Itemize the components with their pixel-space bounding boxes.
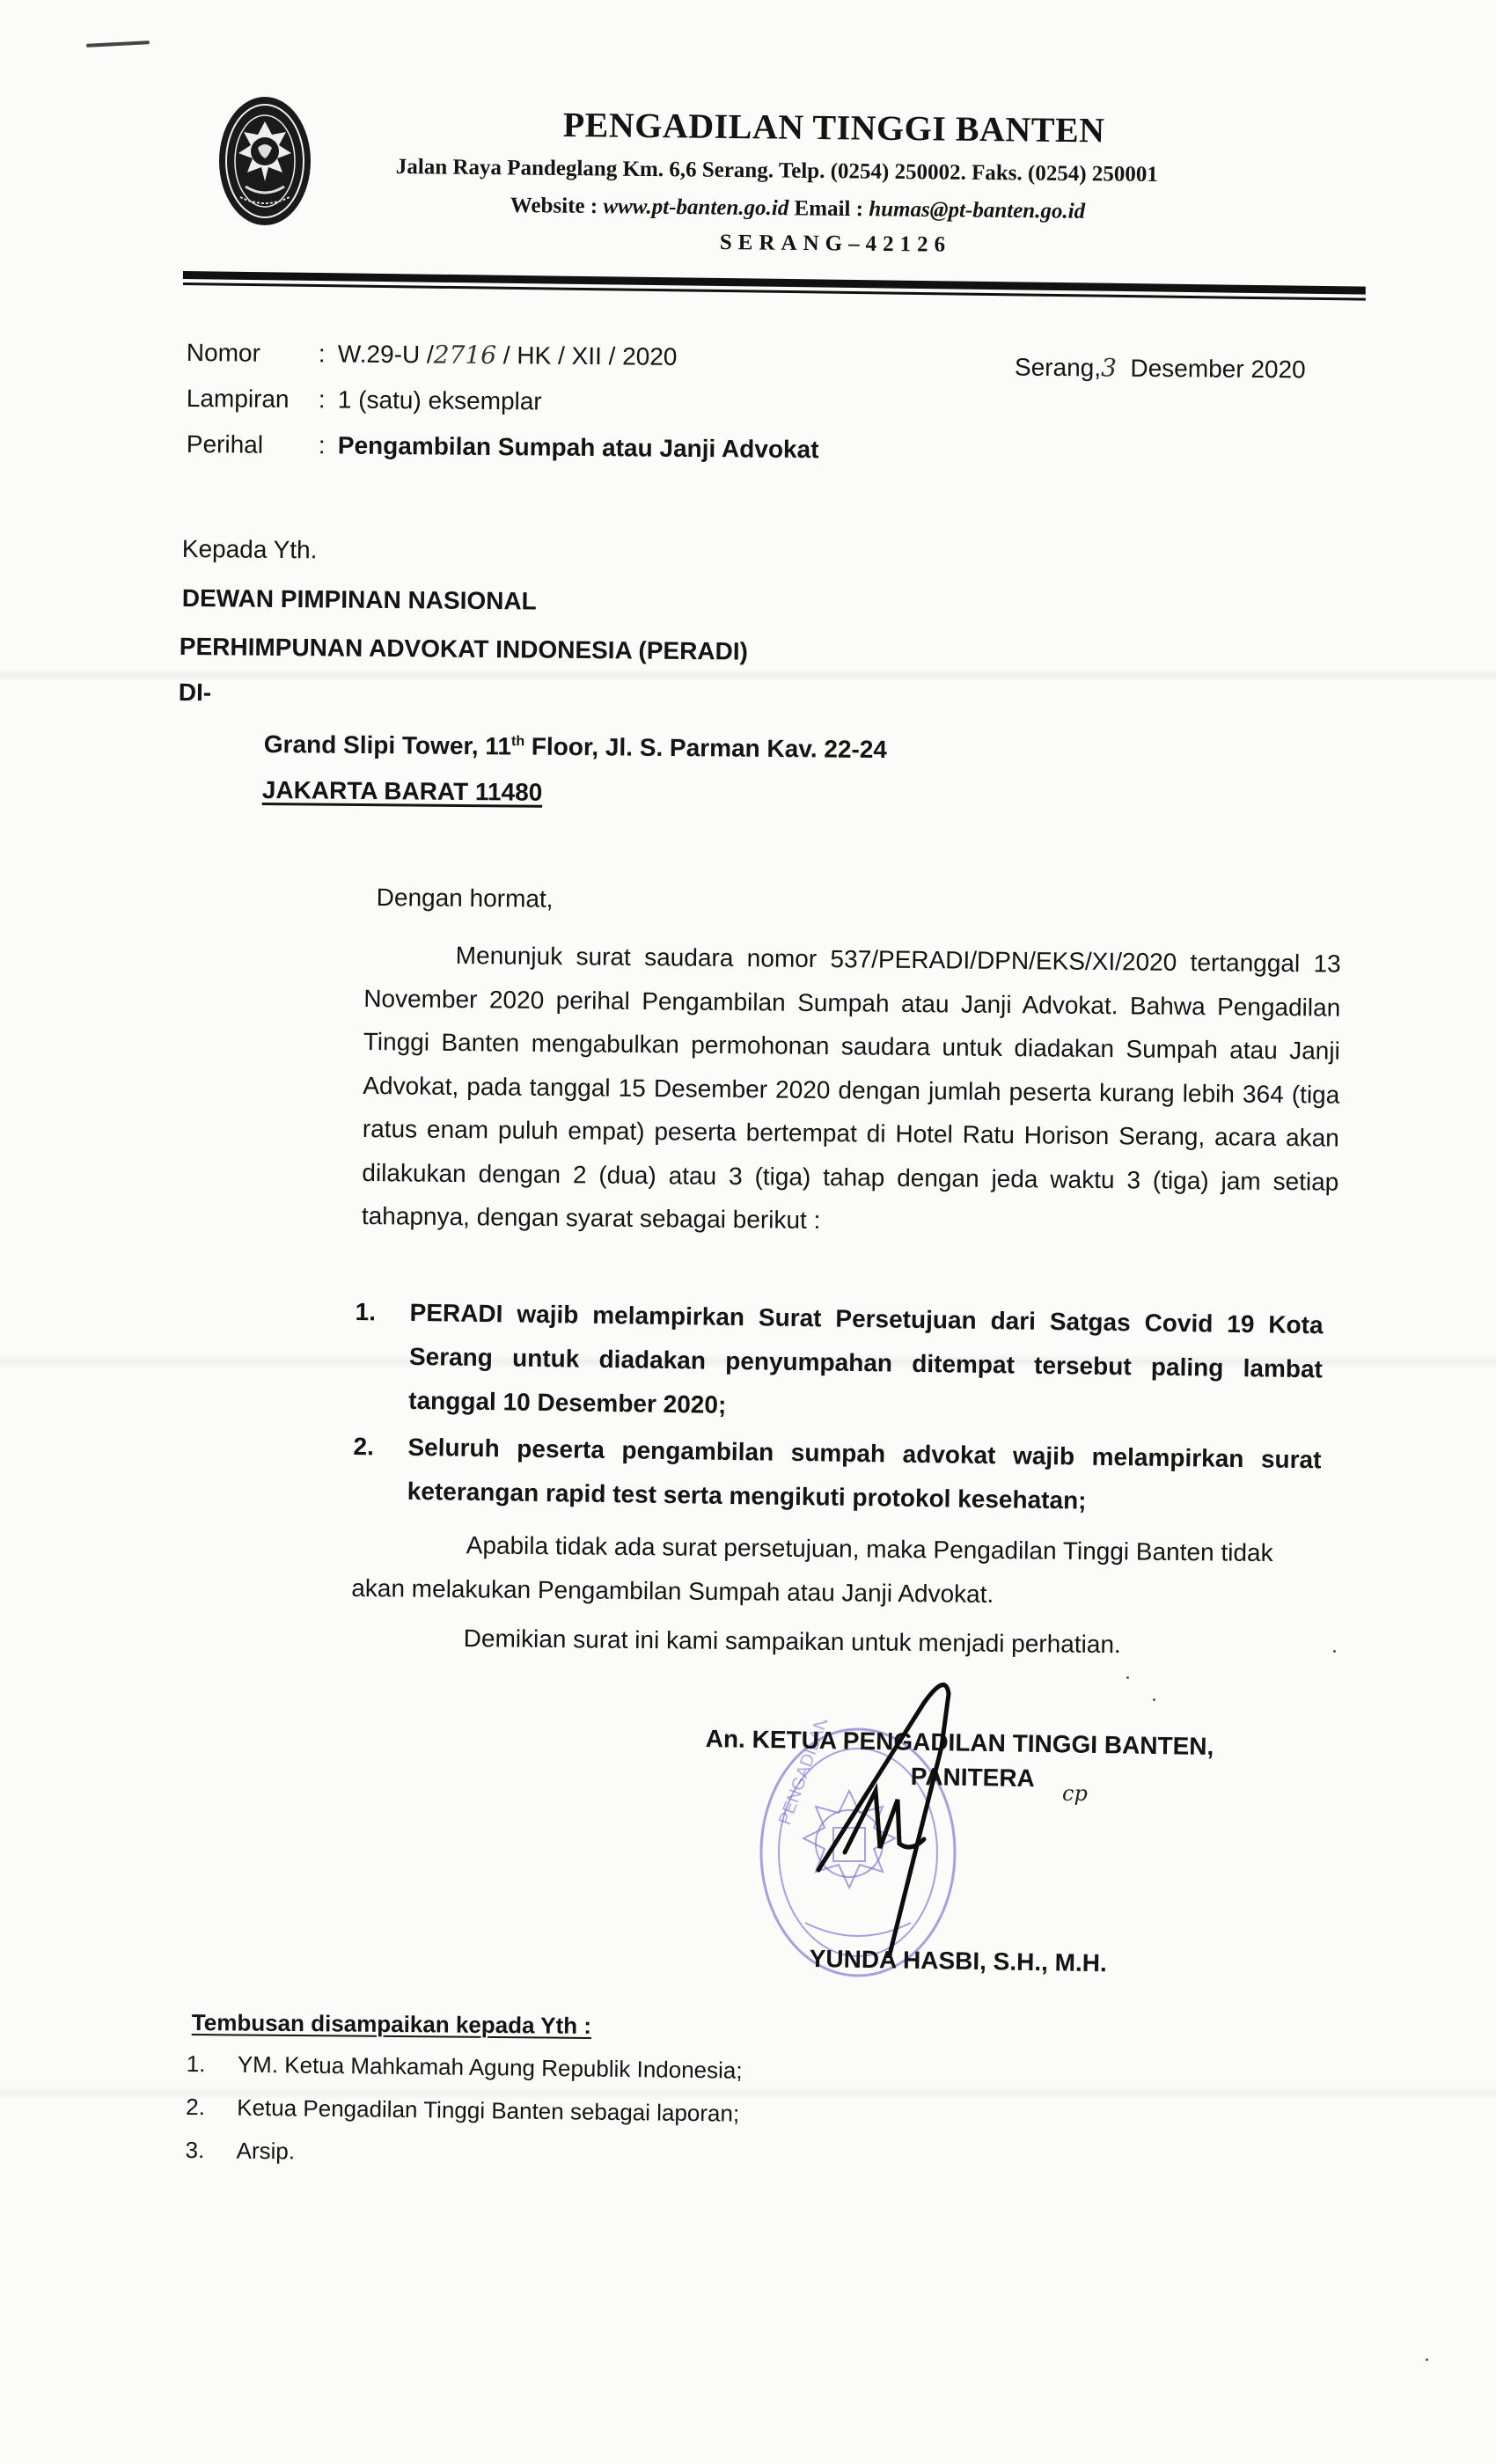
staple-mark [86,40,150,48]
scan-speck [1333,1650,1336,1653]
institution-contact: Website : www.pt-banten.go.id Email : hu… [510,194,1086,224]
addressee-line-2: PERHIMPUNAN ADVOKAT INDONESIA (PERADI) [180,633,748,666]
closing-paragraph: Demikian surat ini kami sampaikan untuk … [464,1617,1121,1667]
scan-speck [1153,1698,1155,1701]
email-link[interactable]: humas@pt-banten.go.id [869,197,1085,224]
letter-page: PENGADILAN TINGGI BANTEN Jalan Raya Pand… [0,0,1496,2464]
letter-attachment: Lampiran:1 (satu) eksemplar [187,385,542,416]
institution-city-postal: SERANG–42126 [720,231,951,258]
paper-fold-line [0,669,1496,681]
greeting: Dengan hormat, [377,876,554,920]
letter-number: Nomor:W.29-U /2716 / HK / XII / 2020 [187,338,678,371]
court-emblem-icon [217,95,312,227]
cc-list: 1. YM. Ketua Mahkamah Agung Republik Ind… [185,2050,743,2187]
signatory-name: YUNDA HASBI, S.H., M.H. [809,1945,1107,1977]
body-paragraph-1: Menunjuk surat saudara nomor 537/PERADI/… [362,933,1341,1247]
addressee-line-3: DI- [179,678,212,707]
letter-date: Serang,3 Desember 2020 [1015,353,1306,385]
website-label: Website : [510,194,604,218]
cc-item: 2. Ketua Pengadilan Tinggi Banten sebaga… [186,2094,742,2144]
cc-title: Tembusan disampaikan kepada Yth : [192,2009,591,2040]
scan-speck [1126,1676,1129,1679]
cc-item: 3. Arsip. [185,2137,741,2187]
cc-item: 1. YM. Ketua Mahkamah Agung Republik Ind… [186,2050,742,2101]
email-label: Email : [788,196,869,221]
website-link[interactable]: www.pt-banten.go.id [603,194,788,220]
handwritten-signature-icon [792,1668,1091,1958]
condition-item: 1. PERADI wajib melampirkan Surat Perset… [354,1290,1324,1435]
conditions-list: 1. PERADI wajib melampirkan Surat Perset… [352,1290,1323,1529]
addressee-salutation: Kepada Yth. [182,535,318,564]
handwritten-day: 3 [1101,353,1117,382]
letter-subject: Perihal:Pengambilan Sumpah atau Janji Ad… [187,430,819,464]
body-paragraph-2: Apabila tidak ada surat persetujuan, mak… [351,1522,1324,1619]
condition-item: 2. Seluruh peserta pengambilan sumpah ad… [352,1425,1321,1526]
handwritten-number: 2716 [434,340,497,370]
institution-address: Jalan Raya Pandeglang Km. 6,6 Serang. Te… [396,155,1158,187]
institution-name: PENGADILAN TINGGI BANTEN [563,104,1105,150]
addressee-line-1: DEWAN PIMPINAN NASIONAL [182,584,537,616]
addressee-city: JAKARTA BARAT 11480 [262,776,543,807]
addressee-street: Grand Slipi Tower, 11th Floor, Jl. S. Pa… [264,730,887,764]
scan-speck [1426,2358,1428,2361]
